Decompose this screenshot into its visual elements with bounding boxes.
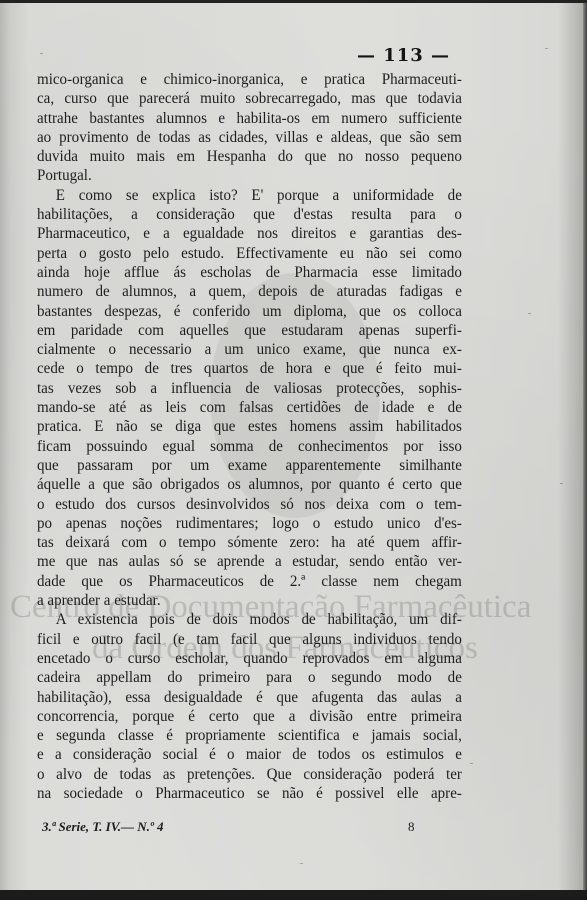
- text-line: em paridade com aquelles que estudaram a…: [37, 321, 462, 340]
- text-line: pratica. E não se diga que estes homens …: [37, 417, 462, 436]
- text-line: mico-organica e chimico-inorganica, e pr…: [37, 70, 462, 89]
- text-line: áquelle a que são obrigados os alumnos, …: [37, 475, 462, 494]
- text-line: dade que os Pharmaceuticos de 2.ª classe…: [37, 572, 462, 591]
- text-line: A existencia pois de dois modos de habil…: [37, 610, 462, 629]
- text-line: na sociedade o Pharmaceutico se não é po…: [37, 784, 462, 803]
- text-line: e segunda classe é propriamente scientif…: [37, 726, 462, 745]
- text-line: o alvo de todas as pretenções. Que consi…: [37, 765, 462, 784]
- text-line: E como se explica isto? E' porque a unif…: [37, 186, 462, 205]
- text-line: que passaram por um exame apparentemente…: [37, 456, 462, 475]
- text-line: a aprender a estudar.: [37, 591, 462, 610]
- text-line: encetado o curso escholar, quando reprov…: [37, 649, 462, 668]
- text-line: ficam possuindo egual somma de conhecime…: [37, 437, 462, 456]
- text-line: concorrencia, porque é certo que a divis…: [37, 707, 462, 726]
- text-line: perta o gosto pelo estudo. Effectivament…: [37, 244, 462, 263]
- text-line: ainda hoje afflue ás escholas de Pharmac…: [37, 263, 462, 282]
- text-line: mando-se até as leis com falsas certidõe…: [37, 398, 462, 417]
- page-edge-shadow: [583, 3, 587, 896]
- text-line: Pharmaceutico, e a egualdade nos direito…: [37, 224, 462, 243]
- text-line: cialmente o necessario a um unico exame,…: [37, 340, 462, 359]
- page-number: — 113 —: [357, 45, 450, 66]
- text-line: po apenas noções rudimentares; logo o es…: [37, 514, 462, 533]
- paper-speck: [300, 863, 303, 864]
- text-line: me que nas aulas só se aprende a estudar…: [37, 552, 462, 571]
- text-line: e a consideração social é o maior de tod…: [37, 745, 462, 764]
- text-line: ca, curso que parecerá muito sobrecarreg…: [37, 89, 462, 108]
- text-line: bastantes despezas, é conferido um diplo…: [37, 302, 462, 321]
- paper-speck: [528, 313, 531, 314]
- text-line: duvida muito mais em Hespanha do que no …: [37, 147, 462, 166]
- paper-speck: [545, 48, 548, 49]
- text-line: numero de alumnos, a quem, depois de atu…: [37, 282, 462, 301]
- page-header: — 113 —: [0, 45, 587, 66]
- text-line: tas vezes sob a influencia de valiosas p…: [37, 379, 462, 398]
- sheet-number: 8: [408, 819, 415, 835]
- paragraph: E como se explica isto? E' porque a unif…: [37, 186, 462, 611]
- text-line: o estudo dos cursos desinvolvidos só nos…: [37, 495, 462, 514]
- series-signature: 3.ª Serie, T. IV.— N.º 4: [42, 819, 164, 834]
- text-line: habilitação), essa desigualdade é que af…: [37, 688, 462, 707]
- text-line: Portugal.: [37, 166, 462, 185]
- text-line: cadeira appellam do primeiro para o segu…: [37, 668, 462, 687]
- text-line: ao provimento de todas as cidades, villa…: [37, 128, 462, 147]
- text-line: tas deixará com o tempo sómente zero: ha…: [37, 533, 462, 552]
- paper-speck: [560, 483, 563, 484]
- text-line: ficil e outro facil (e tam facil que alg…: [37, 630, 462, 649]
- paper-speck: [470, 763, 473, 764]
- body-text: mico-organica e chimico-inorganica, e pr…: [37, 70, 462, 803]
- text-line: cede o tempo de tres quartos de hora e q…: [37, 359, 462, 378]
- paper-speck: [40, 53, 43, 54]
- page-footer: 3.ª Serie, T. IV.— N.º 4 8: [42, 819, 422, 835]
- paragraph: A existencia pois de dois modos de habil…: [37, 610, 462, 803]
- text-line: habilitações, a consideração que d'estas…: [37, 205, 462, 224]
- text-line: attrahe bastantes alumnos e habilita-os …: [37, 109, 462, 128]
- paragraph: mico-organica e chimico-inorganica, e pr…: [37, 70, 462, 186]
- scanned-page: Centro de Documentação Farmacêutica da O…: [0, 0, 587, 896]
